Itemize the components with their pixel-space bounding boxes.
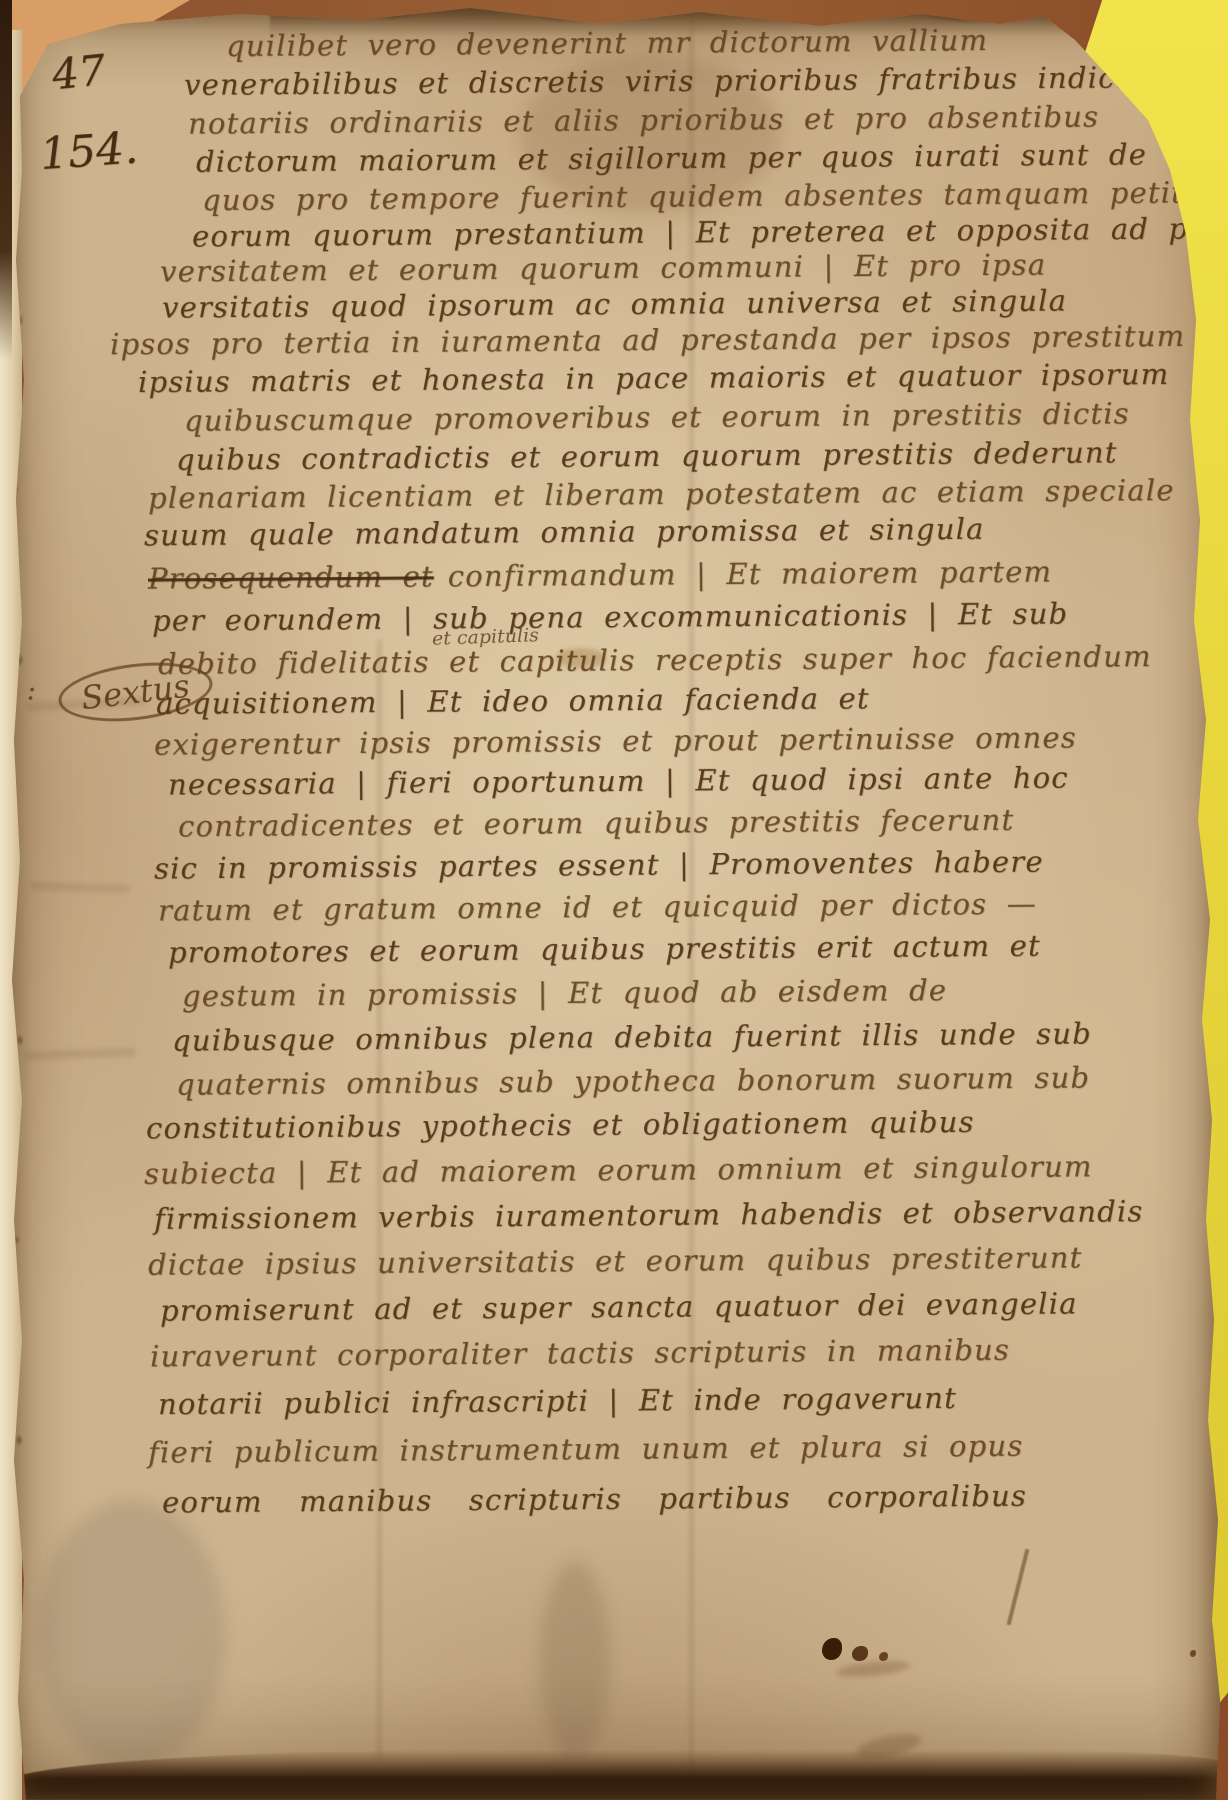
manuscript-leaf: 47 154. 4 : Sextus et capitulis quilibet… (0, 0, 1228, 1800)
manuscript-line: suum quale mandatum omnia promissa et si… (144, 512, 985, 553)
manuscript-line: contradicentes et eorum quibus prestitis… (178, 803, 1014, 844)
manuscript-line: ipsos pro tertia in iuramenta ad prestan… (110, 319, 1185, 361)
manuscript-line: gestum in promissis | Et quod ab eisdem … (182, 973, 947, 1013)
manuscript-line: ratum et gratum omne id et quicquid per … (158, 887, 1037, 928)
ink-showthrough (24, 1048, 136, 1060)
manuscript-line: venerabilibus et discretis viris priorib… (184, 60, 1155, 102)
manuscript-line: quaternis omnibus sub ypotheca bonorum s… (176, 1060, 1090, 1101)
margin-number-top: 47 (50, 45, 108, 99)
ink-showthrough (26, 697, 146, 711)
manuscript-line: plenariam licentiam et liberam potestate… (148, 473, 1175, 515)
interlinear-insertion: et capitulis (432, 624, 540, 650)
manuscript-line: quibuscumque promoveribus et eorum in pr… (184, 396, 1130, 437)
damp-stain (36, 1500, 226, 1770)
manuscript-line: dictae ipsius universitatis et eorum qui… (148, 1240, 1083, 1281)
manuscript-line: quilibet vero devenerint mr dictorum val… (226, 23, 988, 63)
paper-crease (378, 640, 381, 1760)
burnt-top-edge (270, 0, 1170, 36)
manuscript-line: iuraverunt corporaliter tactis scripturi… (150, 1333, 1010, 1374)
folio-number: 154. (38, 123, 139, 181)
manuscript-line: sic in promissis partes essent | Promove… (154, 845, 1044, 886)
ink-smudge (835, 1658, 910, 1680)
manuscript-line: promiserunt ad et super sancta quatuor d… (160, 1286, 1078, 1327)
ink-smudge (855, 1729, 924, 1762)
manuscript-line: quibus contradictis et eorum quorum pres… (176, 435, 1118, 476)
ink-blot (879, 1652, 888, 1661)
manuscript-line: quibusque omnibus plena debita fuerint i… (172, 1016, 1092, 1057)
ink-drip (1007, 1549, 1030, 1626)
ink-blot (1190, 1650, 1196, 1657)
manuscript-line: eorum manibus scripturis partibus corpor… (162, 1479, 1027, 1520)
binding-spine-shadow (0, 0, 12, 360)
manuscript-line: notarii publici infrascripti | Et inde r… (158, 1381, 957, 1421)
paper-crease (690, 10, 693, 1770)
photograph-of-open-register: 47 154. 4 : Sextus et capitulis quilibet… (0, 0, 1228, 1800)
circled-margin-note: Sextus (55, 655, 215, 729)
damp-stain (540, 1560, 610, 1760)
struck-through-word: Prosequendum et (148, 559, 434, 595)
line-text: confirmandum | Et maiorem partem (448, 554, 1053, 593)
manuscript-line: per eorundem | sub pena excommunicationi… (152, 596, 1069, 637)
ink-blot (852, 1646, 868, 1661)
damp-stain (556, 648, 606, 668)
manuscript-line: dictorum maiorum et sigillorum per quos … (196, 137, 1147, 178)
manuscript-line: promotores et eorum quibus prestitis eri… (168, 929, 1041, 970)
manuscript-line: versitatis quod ipsorum ac omnia univers… (162, 283, 1067, 324)
manuscript-line: Prosequendum etconfirmandum | Et maiorem… (148, 554, 1052, 595)
dark-bottom-edge (0, 1750, 1228, 1800)
manuscript-line: constitutionibus ypothecis et obligation… (146, 1105, 975, 1146)
ink-showthrough (30, 882, 130, 892)
manuscript-line: subiecta | Et ad maiorem eorum omnium et… (144, 1149, 1093, 1190)
damp-stain (520, 54, 780, 214)
manuscript-line: eorum quorum prestantium | Et preterea e… (192, 211, 1228, 254)
manuscript-line: notariis ordinariis et aliis prioribus e… (188, 99, 1099, 140)
manuscript-line: debito fidelitatis et capitulis receptis… (158, 639, 1152, 681)
manuscript-line: ipsius matris et honesta in pace maioris… (138, 357, 1170, 399)
manuscript-line: fieri publicum instrumentum unum et plur… (148, 1429, 1024, 1470)
ink-blot (822, 1638, 842, 1660)
manuscript-line: exigerentur ipsis promissis et prout per… (154, 720, 1077, 761)
manuscript-line: acquisitionem | Et ideo omnia facienda e… (156, 681, 870, 721)
manuscript-line: necessaria | fieri oportunum | Et quod i… (168, 760, 1069, 801)
manuscript-line: firmissionem verbis iuramentorum habendi… (154, 1194, 1144, 1236)
manuscript-line: versitatem et eorum quorum communi | Et … (160, 248, 1046, 289)
manuscript-line: quos pro tempore fuerint quidem absentes… (202, 175, 1228, 217)
